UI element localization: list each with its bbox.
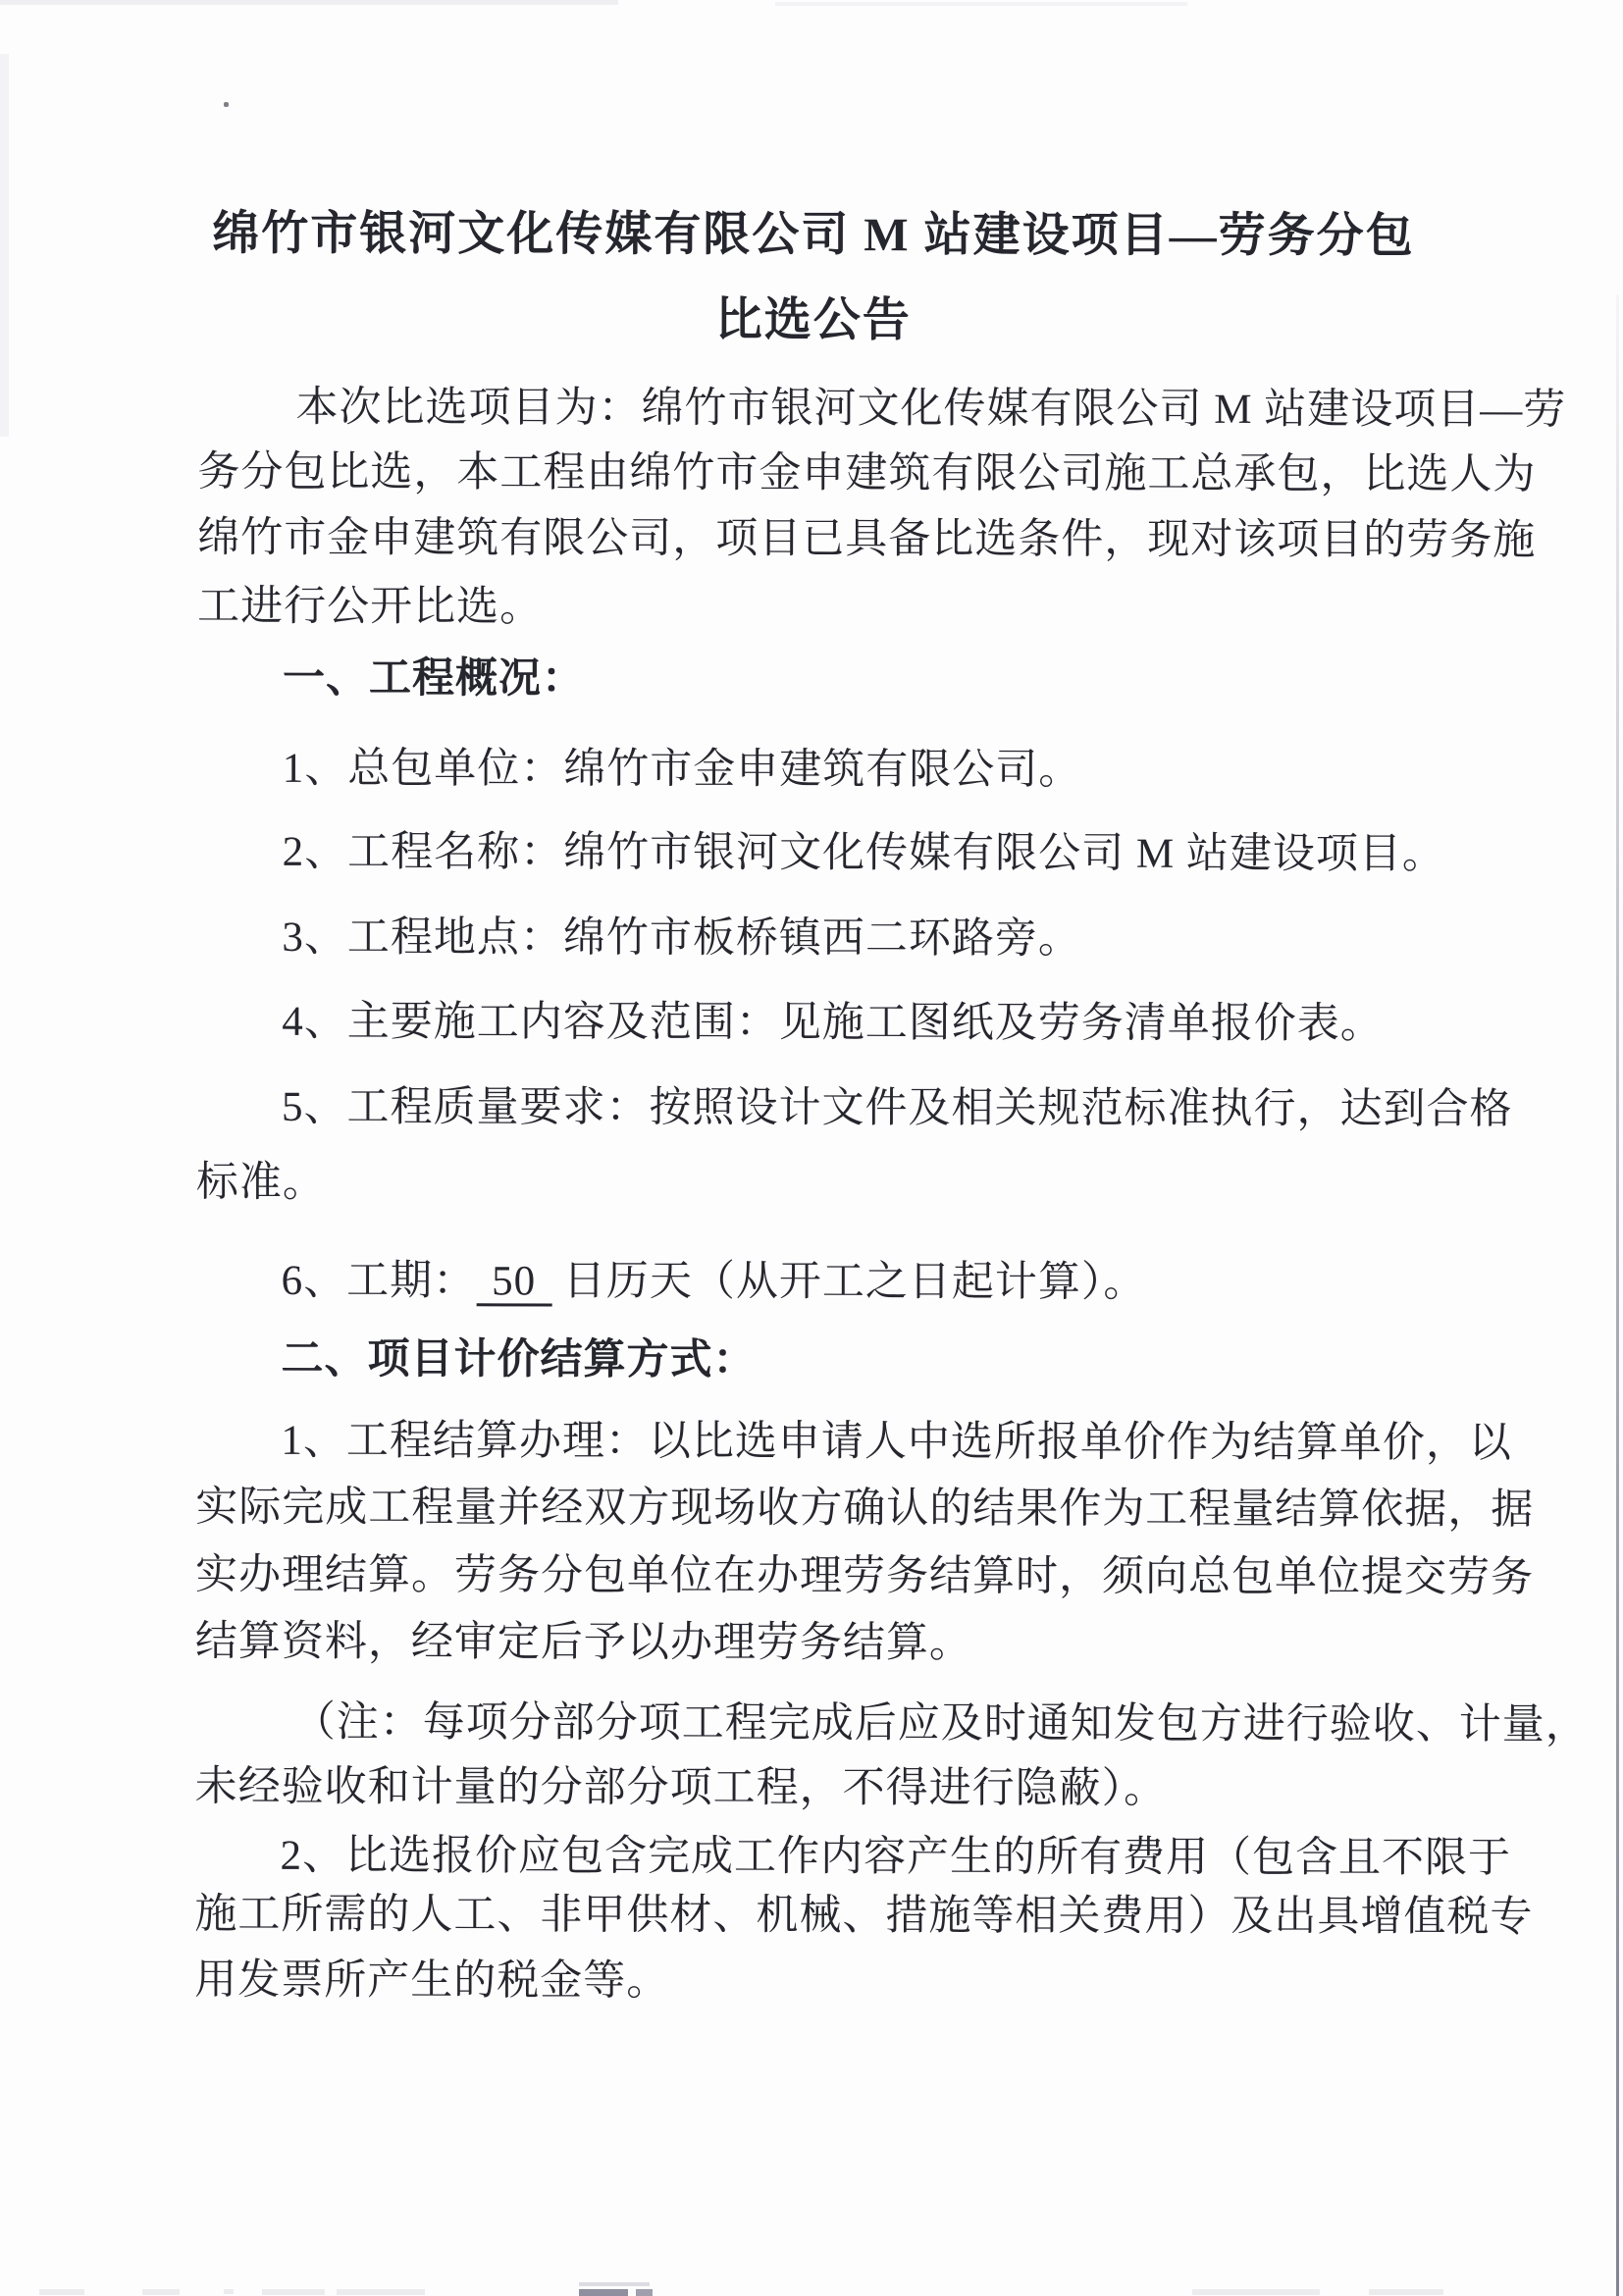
scan-artifact-bottom-smudge bbox=[262, 2289, 325, 2295]
scan-artifact-bottom-smudge bbox=[142, 2289, 180, 2295]
scan-artifact-bottom-smudge bbox=[39, 2289, 84, 2295]
section1-heading: 一、工程概况： bbox=[283, 654, 585, 704]
item6-prefix: 6、工期： bbox=[282, 1258, 477, 1304]
section1-item-2: 2、工程名称：绵竹市银河文化传媒有限公司 M 站建设项目。 bbox=[283, 828, 1445, 879]
scan-artifact-bottom-smudge bbox=[579, 2282, 650, 2286]
section1-item-3: 3、工程地点：绵竹市板桥镇西二环路旁。 bbox=[282, 913, 1081, 965]
section2-item1-line-2: 实际完成工程量并经双方现场收方确认的结果作为工程量结算依据，据 bbox=[195, 1484, 1534, 1536]
section1-item-5-line-1: 5、工程质量要求：按照设计文件及相关规范标准执行，达到合格 bbox=[282, 1083, 1513, 1135]
scan-artifact-bottom-smudge bbox=[579, 2289, 628, 2296]
intro-line-4: 工进行公开比选。 bbox=[197, 583, 543, 633]
intro-line-1: 本次比选项目为：绵竹市银河文化传媒有限公司 M 站建设项目—劳 bbox=[296, 384, 1567, 436]
section2-note-line-1: （注：每项分部分项工程完成后应及时通知发包方进行验收、计量， bbox=[293, 1698, 1589, 1750]
scan-artifact-top-edge bbox=[775, 2, 1187, 6]
section1-item-5-line-2: 标准。 bbox=[196, 1159, 326, 1208]
section2-item2-line-2: 施工所需的人工、非甲供材、机械、措施等相关费用）及出具增值税专 bbox=[194, 1891, 1533, 1943]
section2-item1-line-3: 实办理结算。劳务分包单位在办理劳务结算时，须向总包单位提交劳务 bbox=[195, 1551, 1534, 1603]
section1-item-1: 1、总包单位：绵竹市金申建筑有限公司。 bbox=[283, 745, 1082, 796]
section2-item1-line-1: 1、工程结算办理：以比选申请人中选所报单价作为结算单价，以 bbox=[281, 1417, 1512, 1469]
scan-artifact-bottom-smudge bbox=[1192, 2289, 1320, 2295]
section1-item-6: 6、工期：50 日历天（从开工之日起计算）。 bbox=[282, 1257, 1147, 1308]
duration-value-underlined: 50 bbox=[476, 1260, 551, 1306]
section2-heading: 二、项目计价结算方式： bbox=[281, 1335, 756, 1385]
section2-note-line-2: 未经验收和计量的分部分项工程，不得进行隐蔽）。 bbox=[195, 1763, 1168, 1814]
document-title-line-1: 绵竹市银河文化传媒有限公司 M 站建设项目—劳务分包 bbox=[90, 209, 1537, 261]
scan-artifact-bottom-smudge bbox=[1369, 2289, 1443, 2295]
scan-artifact-top-edge bbox=[0, 0, 618, 5]
document-title-line-2: 比选公告 bbox=[90, 294, 1537, 346]
intro-line-2: 务分包比选，本工程由绵竹市金申建筑有限公司施工总承包，比选人为 bbox=[197, 448, 1536, 500]
item6-suffix: 日历天（从开工之日起计算）。 bbox=[551, 1258, 1146, 1305]
intro-line-3: 绵竹市金申建筑有限公司，项目已具备比选条件，现对该项目的劳务施 bbox=[197, 514, 1536, 566]
section2-item2-line-3: 用发票所产生的税金等。 bbox=[194, 1957, 669, 2007]
section1-item-4: 4、主要施工内容及范围：见施工图纸及劳务清单报价表。 bbox=[282, 998, 1384, 1049]
scanned-document-page: 绵竹市银河文化传媒有限公司 M 站建设项目—劳务分包 比选公告 本次比选项目为：… bbox=[0, 0, 1623, 2296]
scan-artifact-bottom-smudge bbox=[337, 2289, 425, 2295]
scan-artifact-left-edge bbox=[0, 54, 9, 437]
scan-artifact-bottom-smudge bbox=[224, 2289, 234, 2294]
scan-artifact-right-edge-line bbox=[1616, 294, 1619, 2296]
scan-artifact-speck bbox=[224, 102, 229, 107]
scan-artifact-bottom-smudge bbox=[636, 2289, 653, 2296]
document-content: 绵竹市银河文化传媒有限公司 M 站建设项目—劳务分包 比选公告 本次比选项目为：… bbox=[0, 0, 1623, 2296]
section2-item2-line-1: 2、比选报价应包含完成工作内容产生的所有费用（包含且不限于 bbox=[280, 1832, 1511, 1884]
section2-item1-line-4: 结算资料，经审定后予以办理劳务结算。 bbox=[195, 1618, 972, 1669]
